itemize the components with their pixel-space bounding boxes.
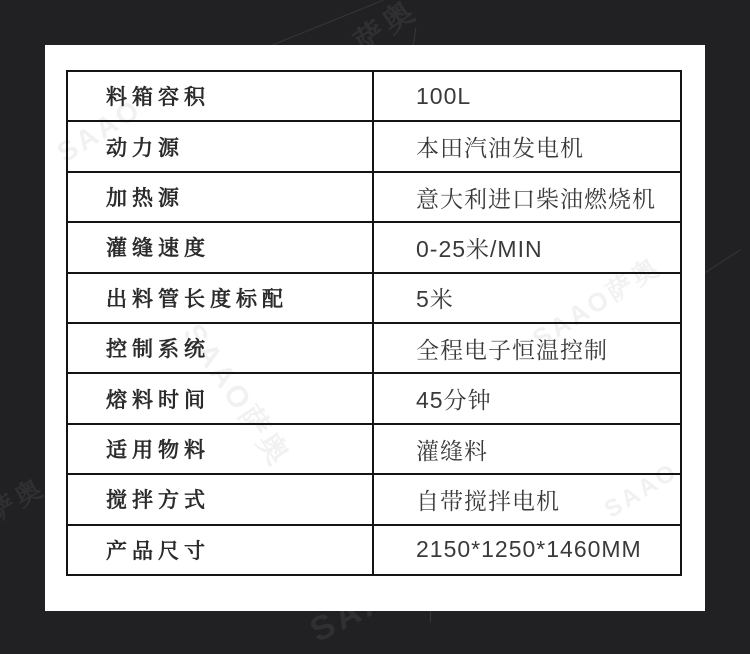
spec-value: 2150*1250*1460MM [374,526,680,574]
spec-value: 5米 [374,274,680,322]
table-row: 控制系统 全程电子恒温控制 [68,322,680,372]
spec-value: 意大利进口柴油燃烧机 [374,173,680,221]
spec-table: 料箱容积 100L 动力源 本田汽油发电机 加热源 意大利进口柴油燃烧机 灌缝速… [66,70,682,576]
table-row: 出料管长度标配 5米 [68,272,680,322]
table-row: 料箱容积 100L [68,72,680,120]
table-row: 加热源 意大利进口柴油燃烧机 [68,171,680,221]
table-row: 适用物料 灌缝料 [68,423,680,473]
table-row: 产品尺寸 2150*1250*1460MM [68,524,680,574]
spec-label: 控制系统 [68,324,374,372]
spec-panel: SAAO SAAO萨奥 SAAO萨奥 SAAO 料箱容积 100L 动力源 本田… [45,45,705,611]
spec-value: 45分钟 [374,374,680,422]
table-row: 动力源 本田汽油发电机 [68,120,680,170]
table-row: 灌缝速度 0-25米/MIN [68,221,680,271]
spec-value: 灌缝料 [374,425,680,473]
spec-value: 全程电子恒温控制 [374,324,680,372]
spec-value: 100L [374,72,680,120]
watermark-glyphs-left: 萨奥 [0,467,51,529]
spec-label: 动力源 [68,122,374,170]
table-row: 熔料时间 45分钟 [68,372,680,422]
spec-label: 搅拌方式 [68,475,374,523]
watermark-diagonal-line-top [272,0,384,45]
spec-value: 自带搅拌电机 [374,475,680,523]
spec-value: 0-25米/MIN [374,223,680,271]
table-row: 搅拌方式 自带搅拌电机 [68,473,680,523]
spec-label: 产品尺寸 [68,526,374,574]
spec-label: 适用物料 [68,425,374,473]
spec-value: 本田汽油发电机 [374,122,680,170]
watermark-tick-top [413,28,416,46]
spec-label: 灌缝速度 [68,223,374,271]
page-background: 萨奥 SAAO萨奥 萨奥 SAAO SAAO萨奥 SAAO萨奥 SAAO 料箱容… [0,0,750,654]
spec-label: 出料管长度标配 [68,274,374,322]
spec-label: 熔料时间 [68,374,374,422]
spec-label: 加热源 [68,173,374,221]
spec-label: 料箱容积 [68,72,374,120]
